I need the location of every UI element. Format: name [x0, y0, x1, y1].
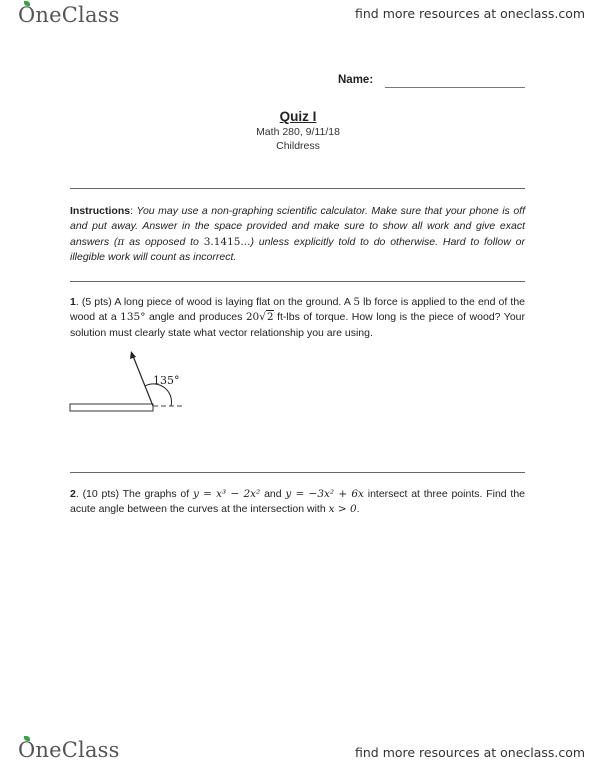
divider [70, 188, 525, 189]
arrowhead-icon [130, 351, 136, 359]
torque-coefficient: 20 [246, 311, 259, 323]
divider [70, 281, 525, 282]
wood-plank [70, 404, 153, 411]
equation-1: y = x³ − 2x² [193, 488, 260, 500]
question-text: . [357, 503, 360, 515]
divider [70, 472, 525, 473]
question-number: 1 [70, 296, 76, 308]
question-number: 2 [70, 488, 76, 500]
question-points: (5 pts) [82, 296, 112, 308]
header-promo-link[interactable]: find more resources at oneclass.com [355, 6, 585, 21]
question-points: (10 pts) [83, 488, 119, 500]
name-label: Name: [338, 74, 373, 86]
question-text: angle and produces [145, 311, 245, 323]
question-text: and [260, 488, 285, 500]
question-2: 2. (10 pts) The graphs of y = x³ − 2x² a… [70, 487, 525, 518]
question-text: A long piece of wood is laying flat on t… [114, 296, 353, 308]
oneclass-logo[interactable]: OneClass [18, 3, 120, 27]
force-vector [133, 356, 153, 406]
leaf-icon [24, 1, 30, 6]
angle-value: 135° [120, 311, 145, 323]
torque-root: 2 [266, 310, 274, 323]
condition: x > 0 [329, 503, 357, 515]
angle-label: 135° [153, 374, 180, 387]
instructions-label: Instructions [70, 205, 130, 217]
question-1: 1. (5 pts) A long piece of wood is layin… [70, 295, 525, 341]
instructions: Instructions: You may use a non-graphing… [70, 204, 525, 266]
torque-diagram: 135° [65, 345, 195, 420]
quiz-title: Quiz I [248, 109, 348, 124]
logo-text: OneClass [18, 738, 120, 762]
oneclass-logo-footer[interactable]: OneClass [18, 738, 120, 762]
leaf-icon [24, 736, 30, 741]
equation-2: y = −3x² + 6x [285, 488, 364, 500]
instructions-text: as opposed to [124, 236, 203, 248]
footer-promo-link[interactable]: find more resources at oneclass.com [355, 745, 585, 760]
question-text: The graphs of [123, 488, 193, 500]
name-field[interactable] [385, 75, 525, 88]
pi-value: 3.1415... [204, 236, 251, 248]
instructor-name: Childress [223, 140, 373, 152]
logo-text: OneClass [18, 3, 120, 27]
course-date: Math 280, 9/11/18 [223, 126, 373, 138]
